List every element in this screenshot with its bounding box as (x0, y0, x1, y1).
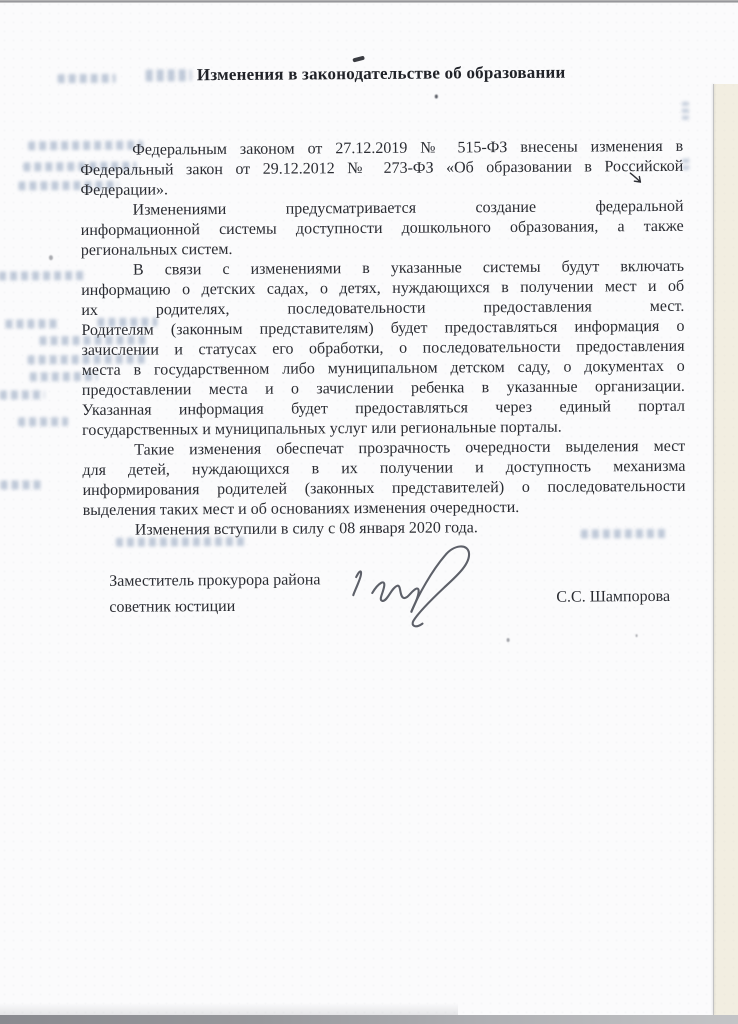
ink-speck (636, 634, 638, 637)
scan-edge-bottom (0, 1015, 738, 1024)
document-title: Изменения в законодательстве об образова… (80, 62, 683, 86)
signer-name: С.С. Шампорова (556, 588, 670, 607)
bleed-through-text (0, 271, 85, 281)
ink-mark (352, 56, 364, 62)
handwritten-signature-icon (338, 542, 504, 631)
scan-edge-top (0, 0, 738, 3)
document-body: Федеральным законом от 27.12.2019 № 515-… (80, 137, 686, 541)
page-content: Изменения в законодательстве об образова… (0, 0, 738, 1024)
bleed-through-text (682, 102, 689, 120)
text-line: информирования родителей (законных предс… (82, 477, 685, 501)
document-scan: Изменения в законодательстве об образова… (0, 0, 738, 1024)
ink-speck (507, 638, 510, 642)
text-line: Федеральный закон от 29.12.2012 № 273-ФЗ… (80, 157, 683, 181)
signer-position-rank: советник юстиции (109, 598, 235, 617)
bleed-through-text (18, 417, 68, 426)
text-line: информационной системы доступности дошко… (81, 217, 684, 241)
text-line: Указанная информация будет предоставлять… (82, 397, 685, 421)
bleed-through-text (5, 319, 57, 328)
signer-position-title: Заместитель прокурора района (109, 571, 320, 590)
text-line: Изменения вступили в силу с 08 января 20… (83, 517, 686, 541)
ink-speck (435, 95, 438, 99)
bleed-through-text (0, 480, 40, 489)
ink-speck (49, 255, 53, 260)
bleed-through-text (0, 390, 45, 399)
